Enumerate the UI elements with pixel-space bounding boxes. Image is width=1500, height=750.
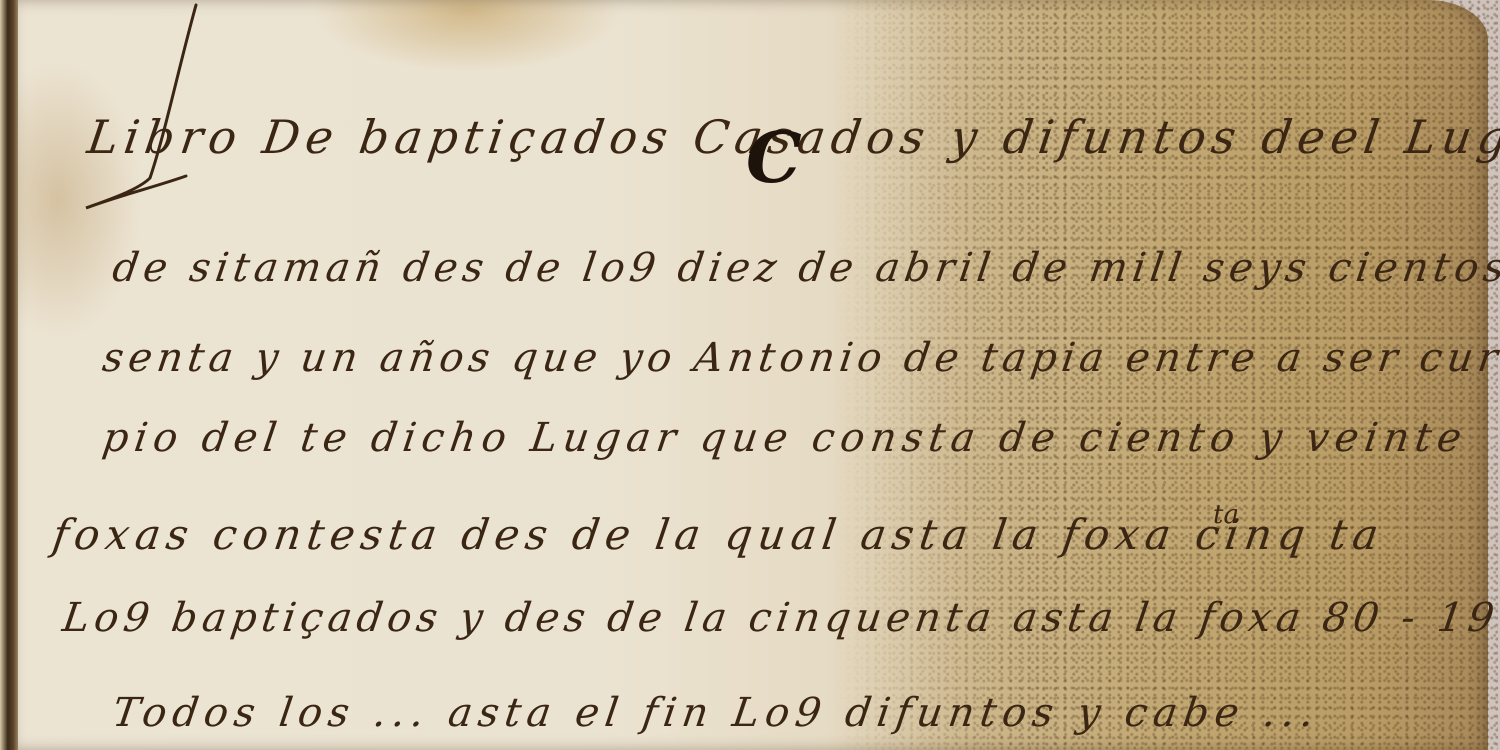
manuscript-page: Libro De baptiçados Casados y difuntos d… [18, 0, 1488, 750]
manuscript-line-4: pio del te dicho Lugar que consta de cie… [100, 415, 1470, 461]
manuscript-line-6: Lo9 baptiçados y des de la cinquenta ast… [60, 595, 1500, 641]
manuscript-line-5: foxas contesta des de la qual asta la fo… [50, 510, 1388, 559]
manuscript-line-2: de sitamañ des de lo9 diez de abril de m… [110, 245, 1500, 291]
superscript-annotation: ta [1213, 500, 1239, 530]
initial-capital: C [746, 116, 802, 199]
manuscript-line-3: senta y un años que yo Antonio de tapia … [100, 335, 1500, 381]
decorative-initial-l [78, 0, 208, 210]
manuscript-line-7: Todos los ... asta el fin Lo9 difuntos y… [110, 690, 1323, 736]
